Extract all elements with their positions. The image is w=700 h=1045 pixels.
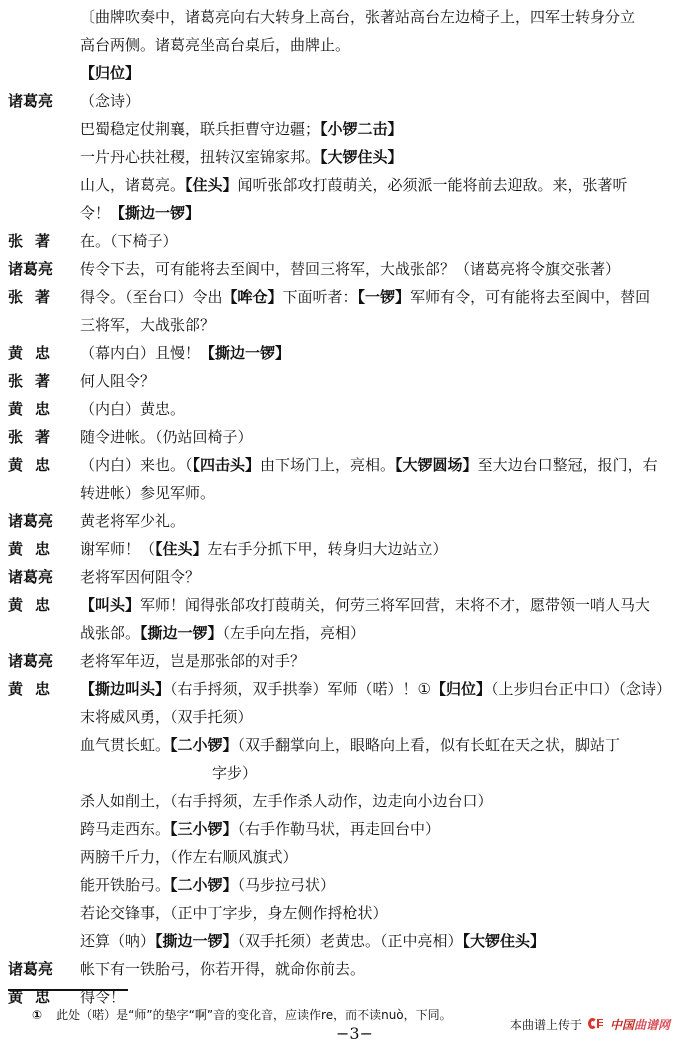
- text-run: （内白）黄忠。: [80, 400, 185, 418]
- script-line: 转进帐）参见军师。: [0, 479, 700, 507]
- script-line: 诸葛亮（念诗）: [0, 87, 700, 115]
- text-run: 还算（呐）: [80, 932, 155, 950]
- speaker-name: 张著: [8, 227, 70, 255]
- text-run: 巴蜀稳定仗荆襄，联兵拒曹守边疆；: [80, 120, 320, 138]
- line-text: 转进帐）参见军师。: [80, 479, 692, 507]
- percussion-cue: 【撕边一锣】: [155, 932, 238, 950]
- line-text: 能开铁胎弓。【二小锣】（马步拉弓状）: [80, 871, 692, 899]
- text-run: 转进帐）参见军师。: [80, 484, 215, 502]
- text-run: （马步拉弓状）: [238, 876, 336, 894]
- line-text: 帐下有一铁胎弓，你若开得，就命你前去。: [80, 955, 692, 983]
- text-run: 随令进帐。（仍站回椅子）: [80, 428, 253, 446]
- line-text: 【归位】: [80, 59, 692, 87]
- script-line: 张著何人阻令？: [0, 367, 700, 395]
- line-text: 巴蜀稳定仗荆襄，联兵拒曹守边疆；【小锣二击】: [80, 115, 692, 143]
- footnote-divider: [8, 989, 128, 991]
- text-run: 若论交锋事，（正中丁字步，身左侧作捋枪状）: [80, 904, 388, 922]
- script-line: 张著在。（下椅子）: [0, 227, 700, 255]
- speaker-name: 黄忠: [8, 339, 70, 367]
- line-text: 老将军因何阻令？: [80, 563, 692, 591]
- text-run: 得令。（至台口）令出: [80, 288, 223, 306]
- speaker-name: 黄忠: [8, 451, 70, 479]
- line-text: 何人阻令？: [80, 367, 692, 395]
- script-line: 一片丹心扶社稷，扭转汉室锦家邦。【大锣住头】: [0, 143, 700, 171]
- script-line: 字步）: [0, 759, 700, 787]
- percussion-cue: 【小锣二击】: [320, 120, 403, 138]
- score-page: 〔曲牌吹奏中，诸葛亮向右大转身上高台，张著站高台左边椅子上，四军士转身分立高台两…: [0, 0, 700, 1045]
- percussion-cue: 【一锣】: [358, 288, 411, 306]
- script-line: 杀人如削土，（右手捋须，左手作杀人动作，边走向小边台口）: [0, 787, 700, 815]
- script-line: 山人，诸葛亮。【住头】闻听张郃攻打葭萌关，必须派一能将前去迎敌。来，张著听: [0, 171, 700, 199]
- script-line: 血气贯长虹。【二小锣】（双手翻掌向上，眼略向上看，似有长虹在天之状，脚站丁: [0, 731, 700, 759]
- line-text: 黄老将军少礼。: [80, 507, 692, 535]
- text-run: 至大边台口整冠，报门，右: [478, 456, 658, 474]
- line-text: 山人，诸葛亮。【住头】闻听张郃攻打葭萌关，必须派一能将前去迎敌。来，张著听: [80, 171, 692, 199]
- text-run: 一片丹心扶社稷，扭转汉室锦家邦。: [80, 148, 320, 166]
- line-text: 一片丹心扶社稷，扭转汉室锦家邦。【大锣住头】: [80, 143, 692, 171]
- line-text: 字步）: [212, 759, 692, 787]
- speaker-name: 诸葛亮: [8, 563, 70, 591]
- line-text: （内白）来也。（【四击头】由下场门上，亮相。【大锣圆场】至大边台口整冠，报门，右: [80, 451, 692, 479]
- percussion-cue: 【大锣住头】: [320, 148, 403, 166]
- site-logo-icon: [588, 1018, 606, 1030]
- text-run: 在。（下椅子）: [80, 232, 178, 250]
- line-text: （念诗）: [80, 87, 692, 115]
- line-text: 谢军师！（【住头】左右手分抓下甲，转身归大边站立）: [80, 535, 692, 563]
- text-run: 字步）: [212, 764, 257, 782]
- speaker-name: 张著: [8, 283, 70, 311]
- speaker-name: 诸葛亮: [8, 87, 70, 115]
- text-run: 战张郃。: [80, 624, 140, 642]
- script-line: 黄忠（内白）黄忠。: [0, 395, 700, 423]
- line-text: 若论交锋事，（正中丁字步，身左侧作捋枪状）: [80, 899, 692, 927]
- script-line: 张著随令进帐。（仍站回椅子）: [0, 423, 700, 451]
- text-run: （上步归台正中口）（念诗）: [491, 680, 671, 698]
- percussion-cue: 【三小锣】: [170, 820, 238, 838]
- text-run: 下面听者：: [283, 288, 358, 306]
- text-run: 谢军师！（: [80, 540, 155, 558]
- line-text: 末将威风勇，（双手托须）: [80, 703, 692, 731]
- text-run: 令！: [80, 204, 110, 222]
- text-run: 三将军，大战张郃？: [80, 316, 215, 334]
- text-run: （内白）来也。（: [80, 456, 193, 474]
- script-line: 诸葛亮传令下去，可有能将去至阆中，替回三将军，大战张郃？（诸葛亮将令旗交张著）: [0, 255, 700, 283]
- watermark: 本曲谱上传于中国曲谱网: [510, 1016, 670, 1033]
- percussion-cue: 【住头】: [155, 540, 208, 558]
- speaker-name: 诸葛亮: [8, 647, 70, 675]
- script-line: 末将威风勇，（双手托须）: [0, 703, 700, 731]
- script-line: 黄忠【撕边叫头】（右手捋须，双手拱拳）军师（喏）！①【归位】（上步归台正中口）（…: [0, 675, 700, 703]
- line-text: 高台两侧。诸葛亮坐高台桌后，曲牌止。: [80, 31, 692, 59]
- percussion-cue: 【撕边一锣】: [200, 344, 290, 362]
- script-line: 黄忠（内白）来也。（【四击头】由下场门上，亮相。【大锣圆场】至大边台口整冠，报门…: [0, 451, 700, 479]
- line-text: 血气贯长虹。【二小锣】（双手翻掌向上，眼略向上看，似有长虹在天之状，脚站丁: [80, 731, 692, 759]
- script-line: 张著得令。（至台口）令出【哞仓】下面听者：【一锣】军师有令，可有能将去至阆中，替…: [0, 283, 700, 311]
- text-run: 军师有令，可有能将去至阆中，替回: [410, 288, 650, 306]
- script-line: 高台两侧。诸葛亮坐高台桌后，曲牌止。: [0, 31, 700, 59]
- line-text: 杀人如削土，（右手捋须，左手作杀人动作，边走向小边台口）: [80, 787, 692, 815]
- text-run: 由下场门上，亮相。: [260, 456, 395, 474]
- text-run: （双手托须）老黄忠。（正中亮相）: [238, 932, 463, 950]
- speaker-name: 张著: [8, 367, 70, 395]
- text-run: 闻听张郃攻打葭萌关，必须派一能将前去迎敌。来，张著听: [238, 176, 628, 194]
- text-run: 两膀千斤力，（作左右顺风旗式）: [80, 848, 298, 866]
- text-run: 能开铁胎弓。: [80, 876, 170, 894]
- speaker-name: 诸葛亮: [8, 507, 70, 535]
- speaker-name: 黄忠: [8, 395, 70, 423]
- text-run: 何人阻令？: [80, 372, 155, 390]
- speaker-name: 黄忠: [8, 675, 70, 703]
- script-line: 能开铁胎弓。【二小锣】（马步拉弓状）: [0, 871, 700, 899]
- line-text: 得令。（至台口）令出【哞仓】下面听者：【一锣】军师有令，可有能将去至阆中，替回: [80, 283, 692, 311]
- script-line: 【归位】: [0, 59, 700, 87]
- text-run: 军师！闻得张郃攻打葭萌关，何劳三将军回营，末将不才，愿带领一哨人马大: [140, 596, 650, 614]
- script-line: 黄忠（幕内白）且慢！【撕边一锣】: [0, 339, 700, 367]
- percussion-cue: 【撕边一锣】: [140, 624, 223, 642]
- line-text: 〔曲牌吹奏中，诸葛亮向右大转身上高台，张著站高台左边椅子上，四军士转身分立: [80, 3, 692, 31]
- text-run: （念诗）: [80, 92, 140, 110]
- script-line: 黄忠谢军师！（【住头】左右手分抓下甲，转身归大边站立）: [0, 535, 700, 563]
- text-run: 血气贯长虹。: [80, 736, 170, 754]
- percussion-cue: 【二小锣】: [170, 876, 238, 894]
- text-run: 黄老将军少礼。: [80, 512, 185, 530]
- page-number: −3−: [336, 1024, 373, 1043]
- percussion-cue: 【四击头】: [193, 456, 261, 474]
- line-text: 随令进帐。（仍站回椅子）: [80, 423, 692, 451]
- watermark-prefix: 本曲谱上传于: [510, 1018, 582, 1032]
- script-line: 战张郃。【撕边一锣】（左手向左指，亮相）: [0, 619, 700, 647]
- script-line: 巴蜀稳定仗荆襄，联兵拒曹守边疆；【小锣二击】: [0, 115, 700, 143]
- text-run: 高台两侧。诸葛亮坐高台桌后，曲牌止。: [80, 36, 350, 54]
- line-text: 老将军年迈，岂是那张郃的对手？: [80, 647, 692, 675]
- line-text: 传令下去，可有能将去至阆中，替回三将军，大战张郃？（诸葛亮将令旗交张著）: [80, 255, 692, 283]
- line-text: 【撕边叫头】（右手捋须，双手拱拳）军师（喏）！①【归位】（上步归台正中口）（念诗…: [80, 675, 692, 703]
- text-run: 杀人如削土，（右手捋须，左手作杀人动作，边走向小边台口）: [80, 792, 493, 810]
- line-text: 还算（呐）【撕边一锣】（双手托须）老黄忠。（正中亮相）【大锣住头】: [80, 927, 692, 955]
- percussion-cue: 【二小锣】: [170, 736, 238, 754]
- script-line: 三将军，大战张郃？: [0, 311, 700, 339]
- script-line: 黄忠【叫头】军师！闻得张郃攻打葭萌关，何劳三将军回营，末将不才，愿带领一哨人马大: [0, 591, 700, 619]
- percussion-cue: 【撕边一锣】: [110, 204, 200, 222]
- percussion-cue: 【撕边叫头】: [80, 680, 170, 698]
- text-run: （左手向左指，亮相）: [223, 624, 366, 642]
- percussion-cue: 【大锣圆场】: [395, 456, 478, 474]
- speaker-name: 张著: [8, 423, 70, 451]
- script-line: 还算（呐）【撕边一锣】（双手托须）老黄忠。（正中亮相）【大锣住头】: [0, 927, 700, 955]
- script-line: 诸葛亮老将军因何阻令？: [0, 563, 700, 591]
- text-run: 帐下有一铁胎弓，你若开得，就命你前去。: [80, 960, 365, 978]
- speaker-name: 黄忠: [8, 535, 70, 563]
- percussion-cue: 【归位】: [80, 64, 140, 82]
- line-text: 战张郃。【撕边一锣】（左手向左指，亮相）: [80, 619, 692, 647]
- percussion-cue: 【哞仓】: [223, 288, 283, 306]
- speaker-name: 黄忠: [8, 591, 70, 619]
- speaker-name: 诸葛亮: [8, 255, 70, 283]
- script-line: 〔曲牌吹奏中，诸葛亮向右大转身上高台，张著站高台左边椅子上，四军士转身分立: [0, 3, 700, 31]
- footnote-marker: ①: [32, 1008, 42, 1022]
- text-run: 山人，诸葛亮。: [80, 176, 185, 194]
- speaker-name: 诸葛亮: [8, 955, 70, 983]
- text-run: 传令下去，可有能将去至阆中，替回三将军，大战张郃？（诸葛亮将令旗交张著）: [80, 260, 620, 278]
- script-line: 若论交锋事，（正中丁字步，身左侧作捋枪状）: [0, 899, 700, 927]
- text-run: （幕内白）且慢！: [80, 344, 200, 362]
- percussion-cue: 【大锣住头】: [463, 932, 546, 950]
- text-run: （右手作勒马状，再走回台中）: [238, 820, 441, 838]
- script-line: 跨马走西东。【三小锣】（右手作勒马状，再走回台中）: [0, 815, 700, 843]
- percussion-cue: 【叫头】: [80, 596, 140, 614]
- script-line: 两膀千斤力，（作左右顺风旗式）: [0, 843, 700, 871]
- text-run: 末将威风勇，（双手托须）: [80, 708, 253, 726]
- script-line: 诸葛亮老将军年迈，岂是那张郃的对手？: [0, 647, 700, 675]
- percussion-cue: 【归位】: [431, 680, 491, 698]
- line-text: 两膀千斤力，（作左右顺风旗式）: [80, 843, 692, 871]
- line-text: 【叫头】军师！闻得张郃攻打葭萌关，何劳三将军回营，末将不才，愿带领一哨人马大: [80, 591, 692, 619]
- text-run: 左右手分抓下甲，转身归大边站立）: [208, 540, 448, 558]
- line-text: 在。（下椅子）: [80, 227, 692, 255]
- script-line: 诸葛亮帐下有一铁胎弓，你若开得，就命你前去。: [0, 955, 700, 983]
- script-line: 诸葛亮黄老将军少礼。: [0, 507, 700, 535]
- watermark-brand-b: 曲谱网: [634, 1018, 670, 1032]
- text-run: 老将军年迈，岂是那张郃的对手？: [80, 652, 305, 670]
- script-line: 令！【撕边一锣】: [0, 199, 700, 227]
- text-run: 老将军因何阻令？: [80, 568, 200, 586]
- line-text: （内白）黄忠。: [80, 395, 692, 423]
- footnote-text: 此处（喏）是“师”的垫字“啊”音的变化音，应读作re，而不读nuò，下同。: [56, 1008, 451, 1022]
- line-text: 令！【撕边一锣】: [80, 199, 692, 227]
- watermark-brand-a: 中国: [610, 1018, 634, 1032]
- text-run: （右手捋须，双手拱拳）军师（喏）！①: [170, 680, 431, 698]
- footnote: ①此处（喏）是“师”的垫字“啊”音的变化音，应读作re，而不读nuò，下同。: [32, 1006, 452, 1023]
- text-run: 跨马走西东。: [80, 820, 170, 838]
- line-text: （幕内白）且慢！【撕边一锣】: [80, 339, 692, 367]
- text-run: 〔曲牌吹奏中，诸葛亮向右大转身上高台，张著站高台左边椅子上，四军士转身分立: [80, 8, 635, 26]
- text-run: （双手翻掌向上，眼略向上看，似有长虹在天之状，脚站丁: [238, 736, 621, 754]
- line-text: 跨马走西东。【三小锣】（右手作勒马状，再走回台中）: [80, 815, 692, 843]
- line-text: 三将军，大战张郃？: [80, 311, 692, 339]
- percussion-cue: 【住头】: [185, 176, 238, 194]
